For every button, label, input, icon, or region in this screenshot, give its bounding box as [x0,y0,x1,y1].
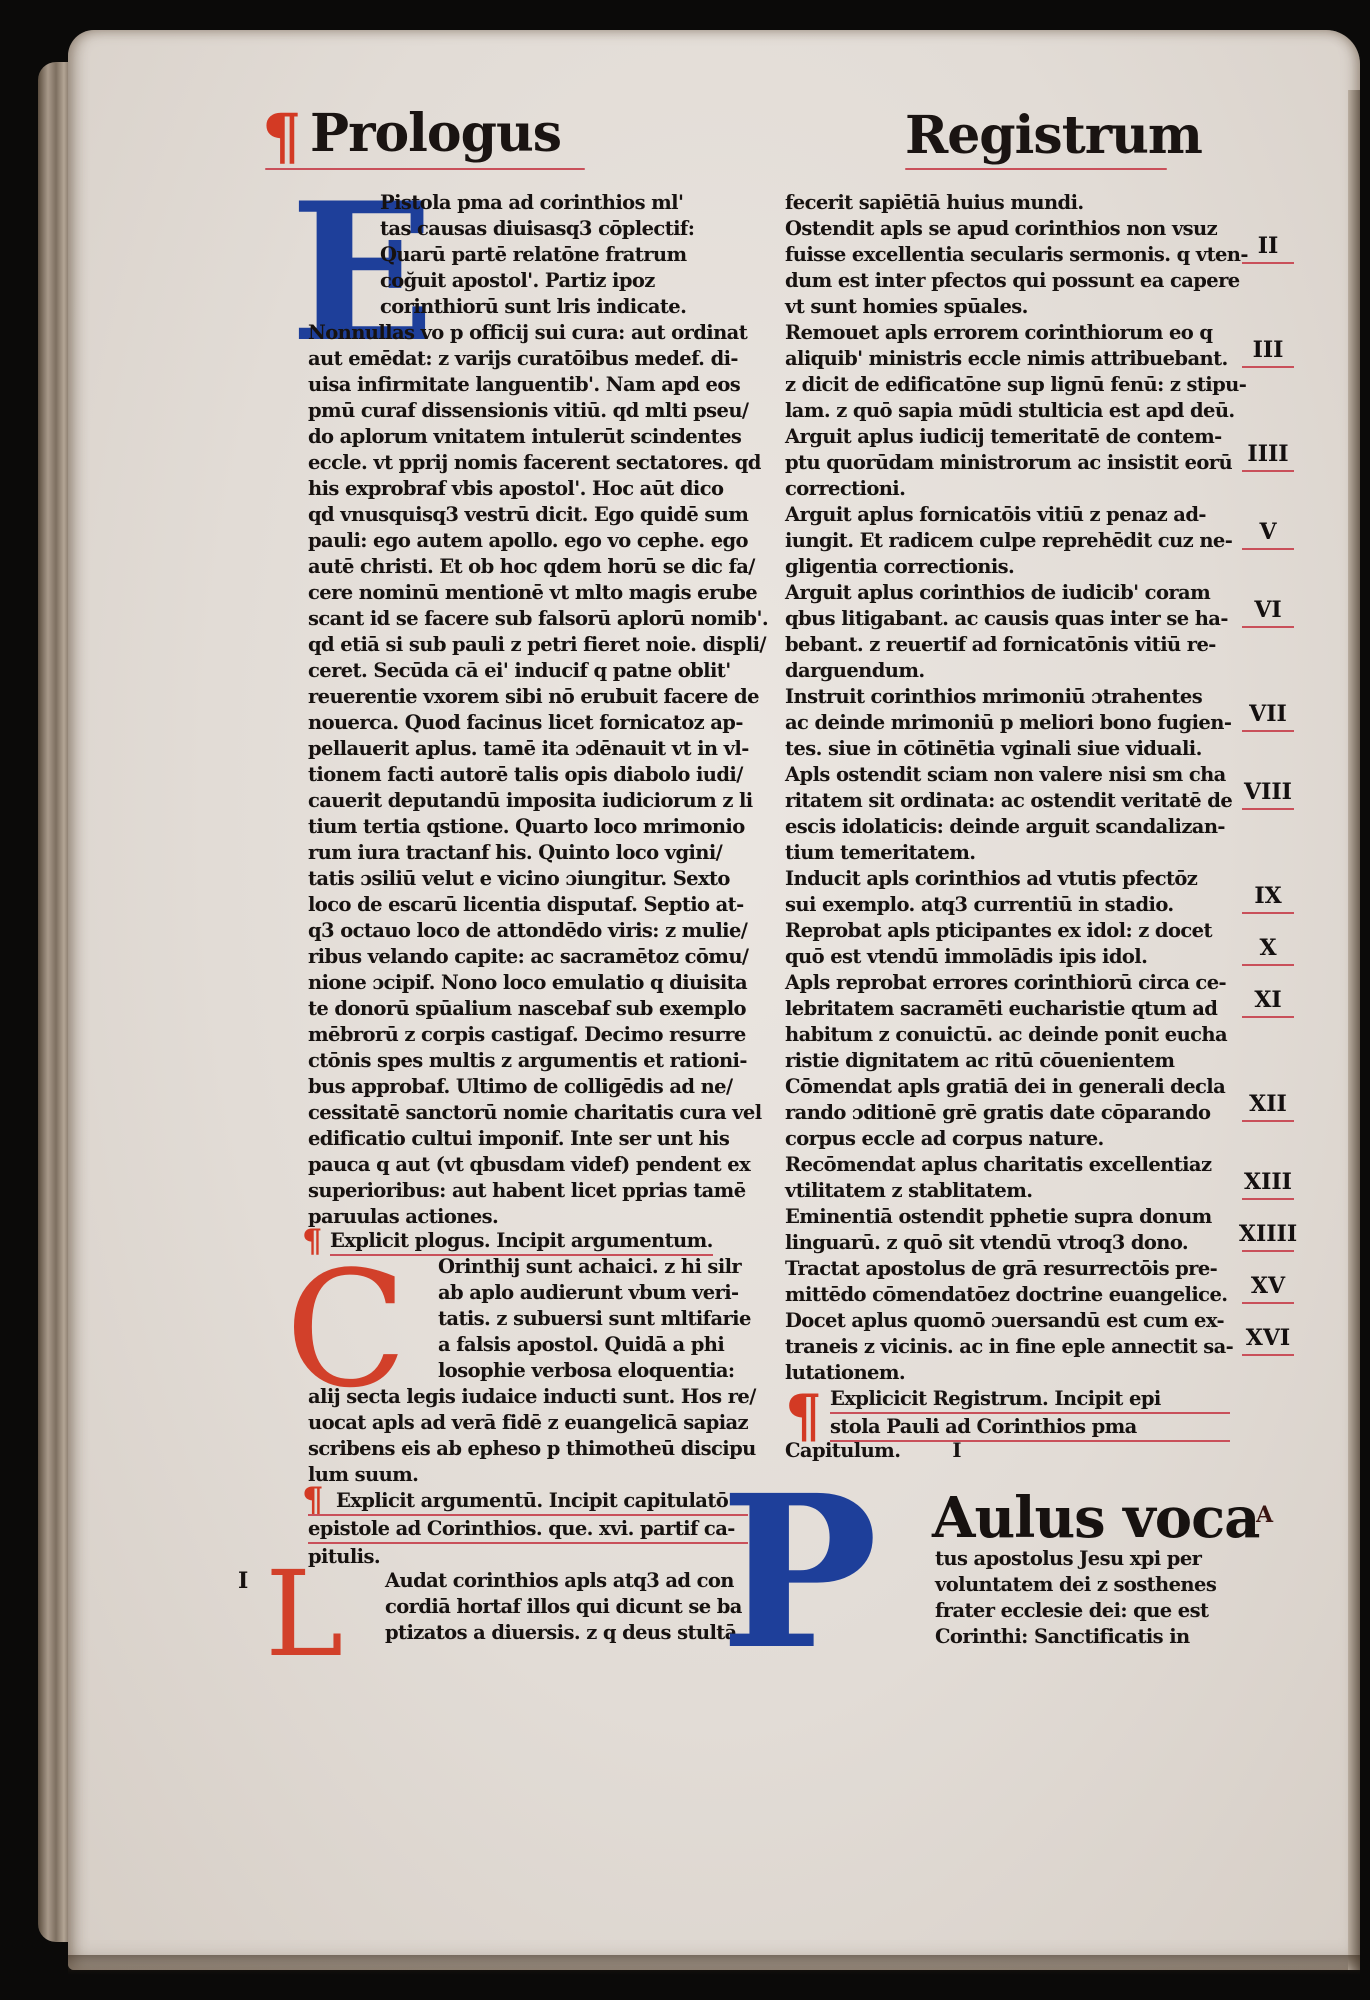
margin-number: I [238,1568,248,1594]
text-line: rum iura tractanf his. Quinto loco vgini… [308,840,748,866]
text-line: a falsis apostol. Quidā a phi [438,1332,758,1358]
text-line: fecerit sapiētiā huius mundi. [785,190,1225,216]
register-column: fecerit sapiētiā huius mundi.Ostendit ap… [785,190,1225,1386]
text-line: quō est vtendū immolādis ipis idol. [785,944,1225,970]
register-explicit: Explicicit Registrum. Incipit epistola P… [830,1386,1230,1442]
text-line: ribus velando capite: ac sacramētoz cōmu… [308,944,748,970]
text-line: Explicicit Registrum. Incipit epi [830,1386,1230,1414]
text-line: tus apostolus Jesu xpi per [935,1546,1235,1572]
text-line: Arguit aplus iudicij temeritatē de conte… [785,424,1225,450]
text-line: ab aplo audierunt vbum veri- [438,1280,758,1306]
text-line: superioribus: aut habent licet pprias ta… [308,1178,748,1204]
text-line: Apls ostendit sciam non valere nisi sm c… [785,762,1225,788]
text-line: te donorū spūalium nascebaf sub exemplo [308,996,748,1022]
initial-p-blue: P [720,1468,878,1678]
text-line: Arguit aplus fornicatōis vitiū z penaz a… [785,502,1225,528]
text-line: dum est inter pfectos qui possunt ea cap… [785,268,1225,294]
argument-column: Orinthij sunt achaici. z hi silrab aplo … [438,1254,758,1488]
text-line: rando ɔditionē grē gratis date cōparando [785,1100,1225,1126]
capitulation-column: Audat corinthios apls atq3 ad concordiā … [385,1568,745,1646]
text-line: bebant. z reuertif ad fornicatōnis vitiū… [785,632,1225,658]
text-line: pauli: ego autem apollo. ego vo cephe. e… [308,528,748,554]
chapter-numeral: IIII [1238,442,1298,466]
text-line: losophie verbosa eloquentia: [438,1358,758,1384]
text-line: ptu quorūdam ministrorum ac insistit eor… [785,450,1225,476]
text-line: Nonnullas vo p officij sui cura: aut ord… [308,320,748,346]
text-line: linguarū. z quō sit vtendū vtroq3 dono. [785,1230,1225,1256]
text-line: loco de escarū licentia disputaf. Septio… [308,892,748,918]
text-line: corinthiorū sunt lris indicate. [308,294,748,320]
text-line: ristie dignitatem ac ritū cōuenientem [785,1048,1225,1074]
text-line: ceret. Secūda cā ei' inducif q patne obl… [308,658,748,684]
text-line: traneis z vicinis. ac in fine eple annec… [785,1334,1225,1360]
text-line: mittēdo cōmendatōez doctrine euangelice. [785,1282,1225,1308]
text-line: eccle. vt pprij nomis facerent sectatore… [308,450,748,476]
prologue-column: Pistola pma ad corinthios ml'tas causas … [308,190,748,1230]
text-line: corpus eccle ad corpus nature. [785,1126,1225,1152]
text-line: iungit. Et radicem culpe reprehēdit cuz … [785,528,1225,554]
chapter-numeral: IX [1238,884,1298,908]
chapter-numeral: VII [1238,702,1298,726]
text-line: Instruit corinthios mrimoniū ɔtrahentes [785,684,1225,710]
text-line: Docet aplus quomō ɔuersandū est cum ex- [785,1308,1225,1334]
text-line: cessitatē sanctorū nomie charitatis cura… [308,1100,748,1126]
text-line: qbus litigabant. ac causis quas inter se… [785,606,1225,632]
epistle-column: tus apostolus Jesu xpi pervoluntatem dei… [935,1546,1235,1650]
text-line: Orinthij sunt achaici. z hi silr [438,1254,758,1280]
text-line: lebritatem sacramēti eucharistie qtum ad [785,996,1225,1022]
text-line: pauca q aut (vt qbusdam videf) pendent e… [308,1152,748,1178]
text-line: tionem facti autorē talis opis diabolo i… [308,762,748,788]
text-line: escis idolaticis: deinde arguit scandali… [785,814,1225,840]
capitulation-rubric: Explicit argumentū. Incipit capitulatōep… [308,1488,748,1570]
text-line: Quarū partē relatōne fratrum [308,242,748,268]
chapter-numeral: VI [1238,598,1298,622]
chapter-numeral: X [1238,936,1298,960]
text-line: gligentia correctionis. [785,554,1225,580]
chapter-numeral: XIIII [1238,1222,1298,1246]
text-line: nouerca. Quod facinus licet fornicatoz a… [308,710,748,736]
text-line: frater ecclesie dei: que est [935,1598,1235,1624]
text-line: tatis ɔsiliū velut e vicino ɔiungitur. S… [308,866,748,892]
text-line: Audat corinthios apls atq3 ad con [385,1568,745,1594]
text-line: q3 octauo loco de attondēdo viris: z mul… [308,918,748,944]
text-line: scant id se facere sub falsorū aplorū no… [308,606,748,632]
text-line: reuerentie vxorem sibi nō erubuit facere… [308,684,748,710]
text-line: Eminentiā ostendit pphetie supra donum [785,1204,1225,1230]
chapter-numeral: XV [1238,1274,1298,1298]
text-line: do aplorum vnitatem intulerūt scindentes [308,424,748,450]
text-line: vt sunt homies spūales. [785,294,1225,320]
text-line: qd etiā si sub pauli z petri fieret noie… [308,632,748,658]
text-line: tes. siue in cōtinētia vginali siue vidu… [785,736,1225,762]
text-line: ac deinde mrimoniū p meliori bono fugien… [785,710,1225,736]
text-line: Recōmendat aplus charitatis excellentiaz [785,1152,1225,1178]
text-line: aliquib' ministris eccle nimis attribueb… [785,346,1225,372]
text-line: vtilitatem z stablitatem. [785,1178,1225,1204]
text-line: pitulis. [308,1544,748,1570]
text-line: ctōnis spes multis z argumentis et ratio… [308,1048,748,1074]
text-line: his exprobraf vbis apostol'. Hoc aūt dic… [308,476,748,502]
text-line: voluntatem dei z sosthenes [935,1572,1235,1598]
text-line: alij secta legis iudaice inducti sunt. H… [308,1384,758,1410]
text-line: cere nominū mentionē vt mlto magis erube [308,580,748,606]
text-line: epistole ad Corinthios. que. xvi. partif… [308,1516,748,1544]
text-line: coğuit apostol'. Partiz ipoz [308,268,748,294]
text-line: Ostendit apls se apud corinthios non vsu… [785,216,1225,242]
text-line: Apls reprobat errores corinthiorū circa … [785,970,1225,996]
text-line: pellauerit aplus. tamē ita ɔdēnauit vt i… [308,736,748,762]
text-line: edificatio cultui imponif. Inte ser unt … [308,1126,748,1152]
text-line: lum suum. [308,1462,758,1488]
text-line: Remouet apls errorem corinthiorum eo q [785,320,1225,346]
text-line: lutationem. [785,1360,1225,1386]
chapter-numeral: XIII [1238,1170,1298,1194]
chapter-numeral: VIII [1238,780,1298,804]
text-line: autē christi. Et ob hoc qdem horū se dic… [308,554,748,580]
text-line: cordiā hortaf illos qui dicunt se ba [385,1594,745,1620]
epistle-first-line: Aulus voca [932,1490,1259,1546]
chapter-numeral: XVI [1238,1326,1298,1350]
text-line: Reprobat apls pticipantes ex idol: z doc… [785,918,1225,944]
text-line: qd vnusquisq3 vestrū dicit. Ego quidē su… [308,502,748,528]
chapter-numeral: XI [1238,988,1298,1012]
page-bottom-shadow [68,1955,1360,1975]
text-line: scribens eis ab epheso p thimotheū disci… [308,1436,758,1462]
text-line: tium temeritatem. [785,840,1225,866]
text-line: darguendum. [785,658,1225,684]
text-line: paruulas actiones. [308,1204,748,1230]
text-line: Inducit apls corinthios ad vtutis pfectō… [785,866,1225,892]
text-line: pmū curaf dissensionis vitiū. qd mlti ps… [308,398,748,424]
text-line: habitum z conuictū. ac deinde ponit euch… [785,1022,1225,1048]
initial-l-red: L [265,1555,343,1673]
text-line: ptizatos a diuersis. z q deus stultā [385,1620,745,1646]
text-line: lam. z quō sapia mūdi stulticia est apd … [785,398,1225,424]
text-line: Corinthi: Sanctificatis in [935,1624,1235,1650]
text-line: tatis. z subuersi sunt mltifarie [438,1306,758,1332]
text-line: ritatem sit ordinata: ac ostendit verita… [785,788,1225,814]
text-line: mēbrorū z corpis castigaf. Decimo resurr… [308,1022,748,1048]
text-line: sui exemplo. atq3 currentiū in stadio. [785,892,1225,918]
text-line: tium tertia qstione. Quarto loco mrimoni… [308,814,748,840]
page-right-edge [1348,90,1360,1970]
text-line: uisa infirmitate languentib'. Nam apd eo… [308,372,748,398]
text-line: uocat apls ad verā fidē z euangelicā sap… [308,1410,758,1436]
chapter-numeral: II [1238,234,1298,258]
text-line: nione ɔcipif. Nono loco emulatio q diuis… [308,970,748,996]
chapter-numeral: III [1238,338,1298,362]
text-line: aut emēdat: z varijs curatōibus medef. d… [308,346,748,372]
text-line: Tractat apostolus de grā resurrectōis pr… [785,1256,1225,1282]
text-line: correctioni. [785,476,1225,502]
text-line: Cōmendat apls gratiā dei in generali dec… [785,1074,1225,1100]
text-line: Arguit aplus corinthios de iudicib' cora… [785,580,1225,606]
text-line: fuisse excellentia secularis sermonis. q… [785,242,1225,268]
text-line: tas causas diuisasq3 cōplectif: [308,216,748,242]
heading-underline [905,168,1167,170]
text-line: Pistola pma ad corinthios ml' [308,190,748,216]
chapter-numeral: V [1238,520,1298,544]
text-line: Explicit argumentū. Incipit capitulatō [308,1488,748,1516]
text-line: cauerit deputandū imposita iudiciorum z … [308,788,748,814]
heading-registrum: Registrum [905,110,1202,162]
margin-letter: A [1256,1502,1273,1528]
heading-prologus: Prologus [310,108,561,160]
text-line: z dicit de edificatōne sup lignū fenū: z… [785,372,1225,398]
chapter-numeral: XII [1238,1092,1298,1116]
text-line: bus approbaf. Ultimo de colligēdis ad ne… [308,1074,748,1100]
